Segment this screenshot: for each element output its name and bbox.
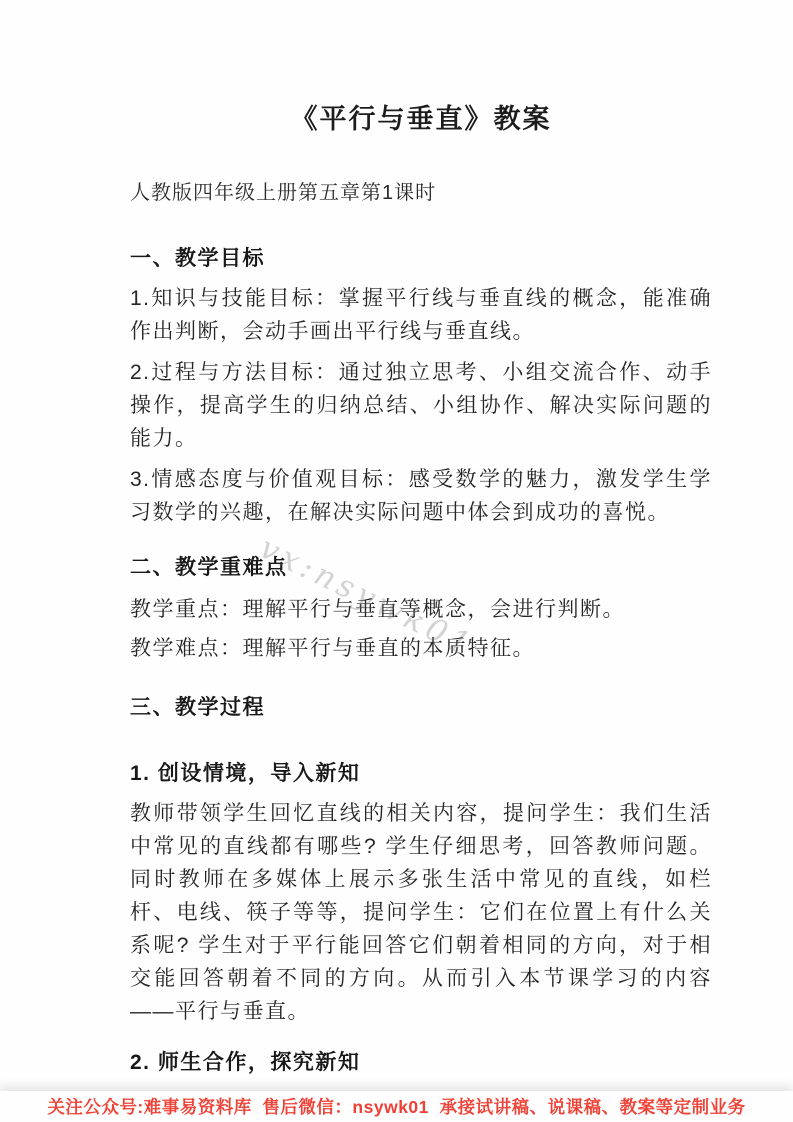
section-heading-key-difficult-points: 二、教学重难点 [130,553,712,583]
document-content: 《平行与垂直》教案 人教版四年级上册第五章第1课时 一、教学目标 1.知识与技能… [130,0,712,1078]
paragraph-difficult-point: 教学难点：理解平行与垂直的本质特征。 [130,632,712,665]
page-title: 《平行与垂直》教案 [130,96,712,142]
paragraph-goal-2: 2.过程与方法目标：通过独立思考、小组交流合作、动手操作，提高学生的归纳总结、小… [130,356,712,455]
paragraph-goal-3: 3.情感态度与价值观目标：感受数学的魅力，激发学生学习数学的兴趣，在解决实际问题… [130,463,712,529]
paragraph-create-situation: 教师带领学生回忆直线的相关内容，提问学生：我们生活中常见的直线都有哪些? 学生仔… [130,797,712,1028]
document-page: 《平行与垂直》教案 人教版四年级上册第五章第1课时 一、教学目标 1.知识与技能… [0,0,793,1122]
paragraph-goal-1: 1.知识与技能目标：掌握平行线与垂直线的概念，能准确作出判断，会动手画出平行线与… [130,282,712,348]
doc-subtitle: 人教版四年级上册第五章第1课时 [130,178,712,208]
section-heading-teaching-process: 三、教学过程 [130,693,712,723]
promo-footer-banner: 关注公众号:难事易资料库 售后微信：nsywk01 承接试讲稿、说课稿、教案等定… [0,1091,793,1122]
paragraph-key-point: 教学重点：理解平行与垂直等概念，会进行判断。 [130,593,712,626]
subsection-heading-create-situation: 1. 创设情境，导入新知 [130,759,712,789]
section-heading-teaching-goals: 一、教学目标 [130,244,712,274]
promo-footer-text: 关注公众号:难事易资料库 售后微信：nsywk01 承接试讲稿、说课稿、教案等定… [47,1094,745,1119]
subsection-heading-teacher-student-cooperation: 2. 师生合作，探究新知 [130,1048,712,1078]
